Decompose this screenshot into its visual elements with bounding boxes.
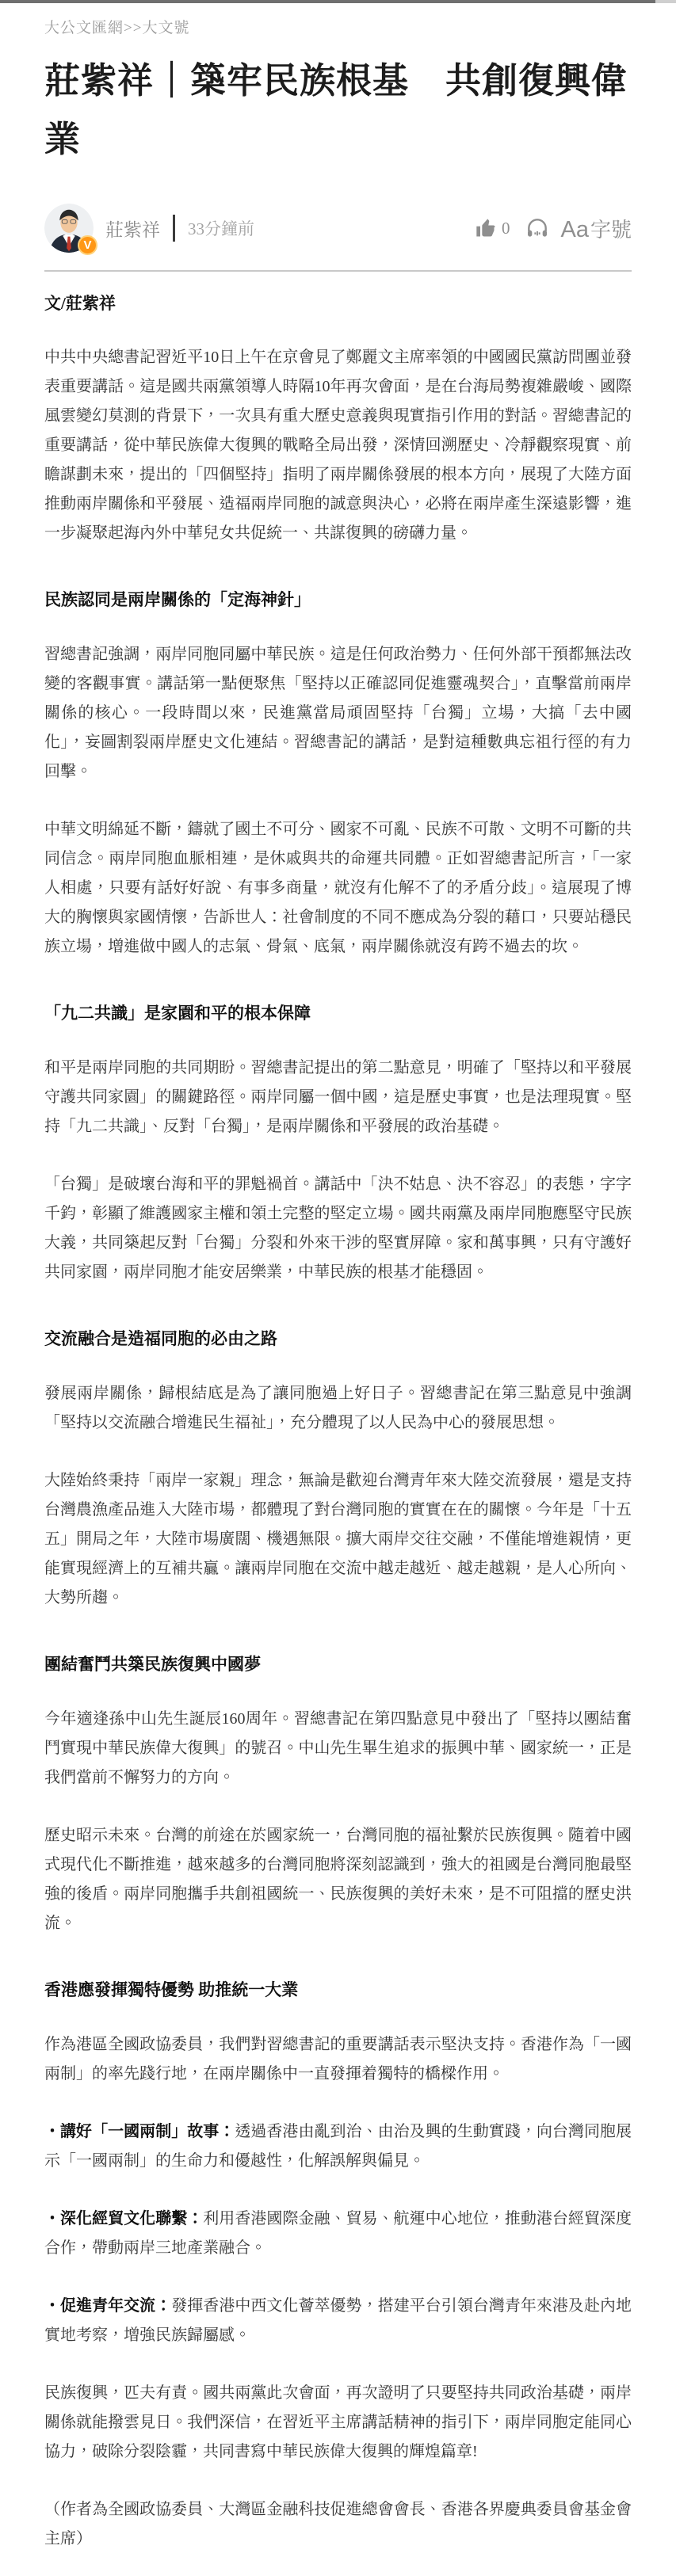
published-time: 33分鐘前 [188, 216, 254, 240]
breadcrumb-site-link[interactable]: 大公文匯網 [44, 20, 124, 36]
page-title: 莊紫祥｜築牢民族根基 共創復興偉業 [44, 51, 632, 169]
reading-progress-fill [0, 0, 655, 3]
bullet-paragraph: ・促進青年交流：發揮香港中西文化薈萃優勢，搭建平台引領台灣青年來港及赴內地實地考… [44, 2292, 632, 2350]
header-divider [44, 270, 632, 272]
bullet-paragraph: ・深化經貿文化聯繫：利用香港國際金融、貿易、航運中心地位，推動港台經貿深度合作，… [44, 2204, 632, 2263]
reading-progress-track [0, 0, 676, 3]
font-size-label: 字號 [590, 214, 632, 243]
section-heading: 「九二共識」是家園和平的根本保障 [44, 1001, 632, 1025]
article-page: { "progress": { "filled_color": "#6f6f6f… [0, 0, 676, 2576]
author-name[interactable]: 莊紫祥 [105, 215, 160, 242]
byline: 文/莊紫祥 [44, 291, 632, 314]
bullet-label: ・講好「一國兩制」故事： [44, 2123, 235, 2140]
section-heading: 團結奮鬥共築民族復興中國夢 [44, 1652, 632, 1676]
bullet-label: ・促進青年交流： [44, 2297, 171, 2315]
paragraph: 發展兩岸關係，歸根結底是為了讓同胞過上好日子。習總書記在第三點意見中強調「堅持以… [44, 1379, 632, 1438]
section-heading: 交流融合是造福同胞的必由之路 [44, 1327, 632, 1351]
headphones-icon [525, 215, 550, 241]
paragraph: 大陸始終秉持「兩岸一家親」理念，無論是歡迎台灣青年來大陸交流發展，還是支持台灣農… [44, 1466, 632, 1613]
paragraph: 民族復興，匹夫有責。國共兩黨此次會面，再次證明了只要堅持共同政治基礎，兩岸關係就… [44, 2379, 632, 2467]
bullet-label: ・深化經貿文化聯繫： [44, 2210, 203, 2227]
breadcrumb-channel-link[interactable]: 大文號 [142, 20, 189, 36]
bottom-spacer [44, 2554, 632, 2576]
like-count: 0 [502, 219, 510, 238]
paragraph: 中華文明綿延不斷，鑄就了國土不可分、國家不可亂、民族不可散、文明不可斷的共同信念… [44, 815, 632, 962]
thumbs-up-icon [475, 217, 497, 239]
like-button[interactable]: 0 [475, 217, 510, 239]
verified-badge-icon: V [78, 235, 97, 255]
paragraph: 和平是兩岸同胞的共同期盼。習總書記提出的第二點意見，明確了「堅持以和平發展守護共… [44, 1054, 632, 1141]
author-avatar[interactable]: V [44, 204, 94, 253]
paragraph: 習總書記強調，兩岸同胞同屬中華民族。這是任何政治勢力、任何外部干預都無法改變的客… [44, 640, 632, 787]
paragraph: 今年適逢孫中山先生誕辰160周年。習總書記在第四點意見中發出了「堅持以團結奮鬥實… [44, 1705, 632, 1793]
font-size-aa: Aa [561, 217, 589, 243]
breadcrumb: 大公文匯網>>大文號 [44, 16, 632, 37]
bullet-paragraph: ・講好「一國兩制」故事：透過香港由亂到治、由治及興的生動實踐，向台灣同胞展示「一… [44, 2117, 632, 2176]
article-container: 大公文匯網>>大文號 莊紫祥｜築牢民族根基 共創復興偉業 V 莊紫祥 [44, 16, 632, 2576]
section-heading: 香港應發揮獨特優勢 助推統一大業 [44, 1978, 632, 2002]
paragraph: 「台獨」是破壞台海和平的罪魁禍首。講話中「決不姑息、決不容忍」的表態，字字千鈞，… [44, 1170, 632, 1287]
author-time-divider [173, 215, 175, 242]
author-note: （作者為全國政協委員、大灣區金融科技促進總會會長、香港各界慶典委員會基金會主席） [44, 2495, 632, 2554]
section-heading: 民族認同是兩岸關係的「定海神針」 [44, 588, 632, 612]
font-size-button[interactable]: Aa 字號 [561, 214, 632, 243]
listen-button[interactable] [525, 215, 550, 241]
paragraph: 中共中央總書記習近平10日上午在京會見了鄭麗文主席率領的中國國民黨訪問團並發表重… [44, 343, 632, 548]
breadcrumb-separator: >> [124, 20, 142, 36]
article-actions: 0 Aa 字號 [475, 214, 632, 243]
author-row: V 莊紫祥 33分鐘前 0 [44, 204, 632, 253]
paragraph: 作為港區全國政協委員，我們對習總書記的重要講話表示堅決支持。香港作為「一國兩制」… [44, 2030, 632, 2089]
paragraph: 歷史昭示未來。台灣的前途在於國家統一，台灣同胞的福祉繫於民族復興。隨着中國式現代… [44, 1821, 632, 1938]
